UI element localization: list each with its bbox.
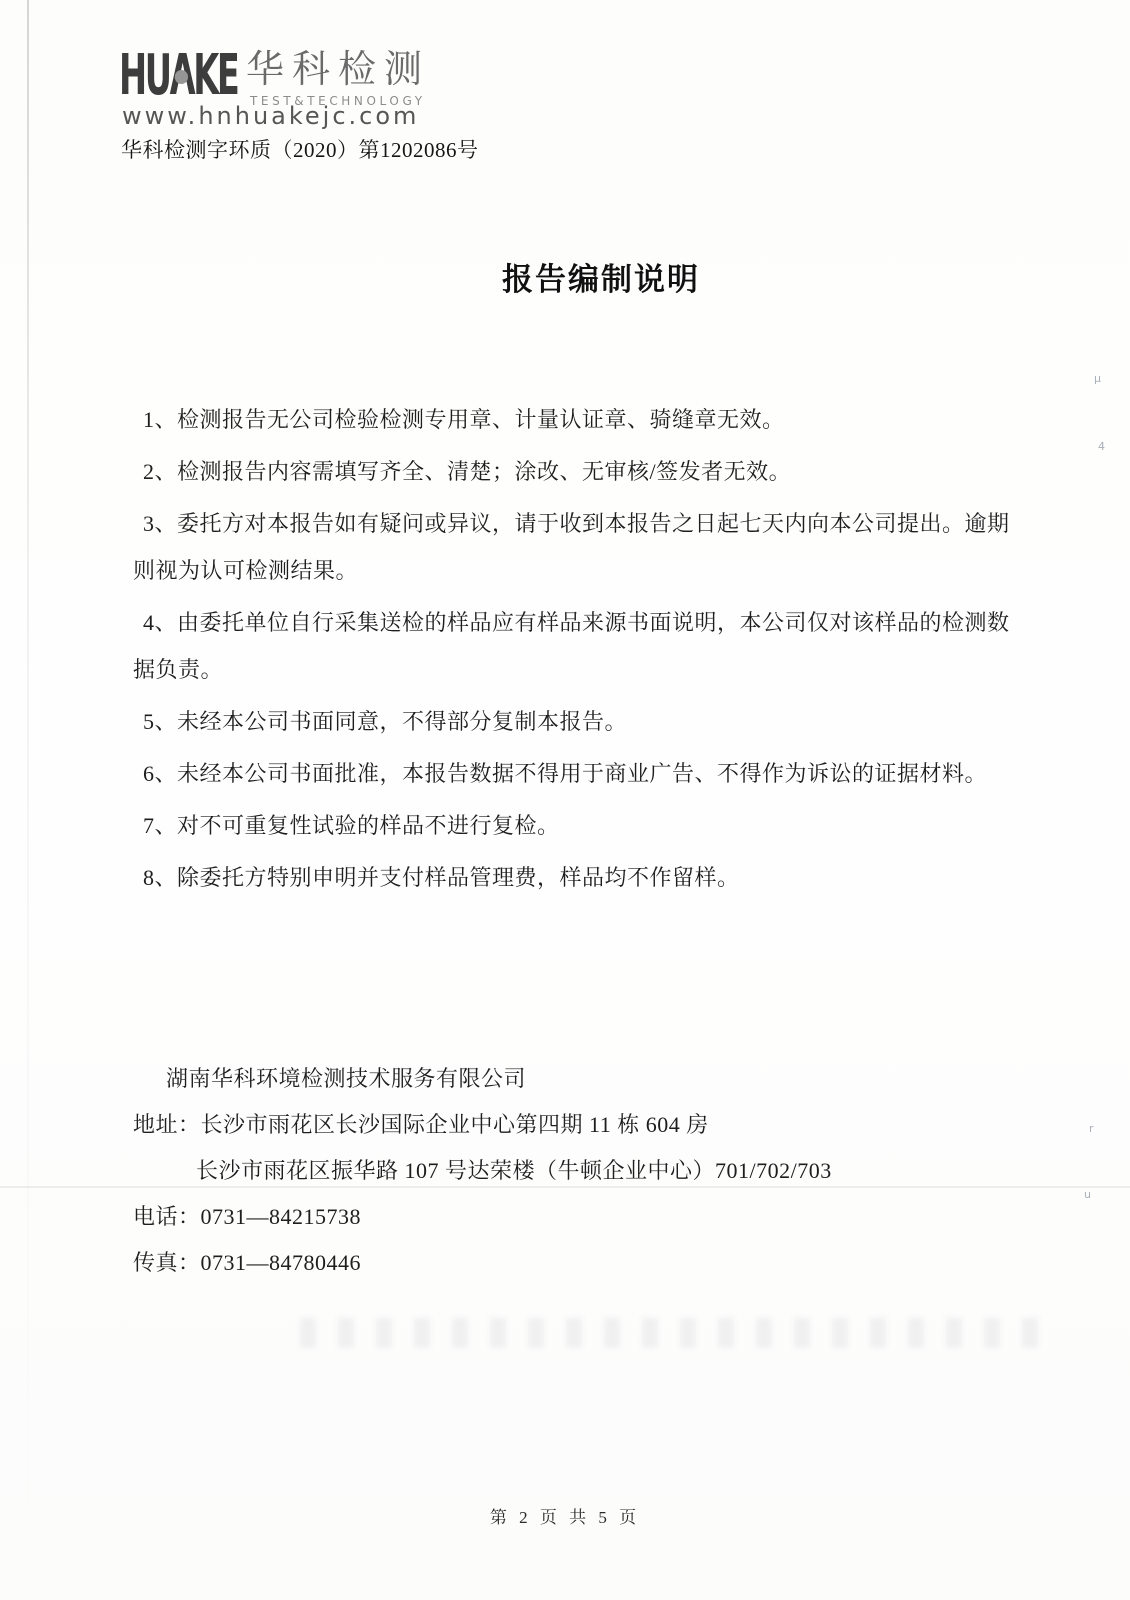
scan-artifact: 4: [1098, 440, 1105, 453]
logo-letters-ke: KE: [193, 43, 237, 108]
logo-website: www.hnhuakejc.com: [122, 102, 419, 130]
company-contact-block: 湖南华科环境检测技术服务有限公司 地址：长沙市雨花区长沙国际企业中心第四期 11…: [133, 1056, 832, 1286]
phone-line: 电话：0731—84215738: [133, 1194, 832, 1240]
note-line: 6、未经本公司书面批准，本报告数据不得用于商业广告、不得作为诉讼的证据材料。: [133, 750, 1053, 797]
fax-line: 传真：0731—84780446: [133, 1240, 832, 1286]
page-number-indicator: 第 2 页 共 5 页: [0, 1503, 1130, 1528]
note-item-7: 7、对不可重复性试验的样品不进行复检。: [133, 802, 1053, 849]
ink-bleedthrough-smudge: [300, 1318, 1045, 1348]
scan-edge-line: [27, 0, 29, 1600]
phone-label: 电话：: [133, 1204, 201, 1229]
note-line: 1、检测报告无公司检验检测专用章、计量认证章、骑缝章无效。: [133, 396, 1053, 443]
note-item-5: 5、未经本公司书面同意，不得部分复制本报告。: [133, 698, 1053, 745]
note-line: 4、由委托单位自行采集送检的样品应有样品来源书面说明，本公司仅对该样品的检测数: [133, 599, 1053, 646]
note-line: 据负责。: [133, 646, 1053, 693]
scan-artifact: μ: [1094, 372, 1101, 385]
address-1: 长沙市雨花区长沙国际企业中心第四期 11 栋 604 房: [201, 1112, 709, 1137]
fax-number: 0731—84780446: [201, 1250, 362, 1275]
report-number: 华科检测字环质（2020）第1202086号: [121, 134, 479, 164]
note-line: 则视为认可检测结果。: [133, 547, 1053, 594]
note-item-1: 1、检测报告无公司检验检测专用章、计量认证章、骑缝章无效。: [133, 396, 1053, 443]
notes-list: 1、检测报告无公司检验检测专用章、计量认证章、骑缝章无效。 2、检测报告内容需填…: [133, 396, 1053, 906]
fax-label: 传真：: [133, 1250, 201, 1275]
note-item-8: 8、除委托方特别申明并支付样品管理费，样品均不作留样。: [133, 854, 1053, 901]
note-item-3: 3、委托方对本报告如有疑问或异议，请于收到本报告之日起七天内向本公司提出。逾期 …: [133, 500, 1053, 594]
scan-artifact: u: [1084, 1188, 1091, 1201]
address-label: 地址：: [133, 1112, 201, 1137]
note-line: 8、除委托方特别申明并支付样品管理费，样品均不作留样。: [133, 854, 1053, 901]
huake-logo: HUΛKE: [119, 48, 237, 104]
logo-chinese-name: 华科检测: [246, 50, 430, 92]
note-item-2: 2、检测报告内容需填写齐全、清楚；涂改、无审核/签发者无效。: [133, 448, 1053, 495]
address-line-1: 地址：长沙市雨花区长沙国际企业中心第四期 11 栋 604 房: [133, 1102, 832, 1148]
address-line-2: 长沙市雨花区振华路 107 号达荣楼（牛顿企业中心）701/702/703: [133, 1148, 832, 1194]
company-name: 湖南华科环境检测技术服务有限公司: [133, 1056, 832, 1102]
note-line: 3、委托方对本报告如有疑问或异议，请于收到本报告之日起七天内向本公司提出。逾期: [133, 500, 1053, 547]
note-item-4: 4、由委托单位自行采集送检的样品应有样品来源书面说明，本公司仅对该样品的检测数 …: [133, 599, 1053, 693]
note-line: 5、未经本公司书面同意，不得部分复制本报告。: [133, 698, 1053, 745]
logo-letters-hu: HU: [119, 43, 170, 108]
note-item-6: 6、未经本公司书面批准，本报告数据不得用于商业广告、不得作为诉讼的证据材料。: [133, 750, 1053, 797]
note-line: 2、检测报告内容需填写齐全、清楚；涂改、无审核/签发者无效。: [133, 448, 1053, 495]
scanned-report-page: μ 4 r u HUΛKE 华科检测 TEST&TECHNOLOGY www.h…: [0, 0, 1130, 1600]
scan-artifact: r: [1089, 1122, 1094, 1135]
page-title: 报告编制说明: [0, 254, 1130, 299]
note-line: 7、对不可重复性试验的样品不进行复检。: [133, 802, 1053, 849]
logo-letter-a-with-dot: Λ: [170, 48, 194, 104]
phone-number: 0731—84215738: [201, 1204, 362, 1229]
